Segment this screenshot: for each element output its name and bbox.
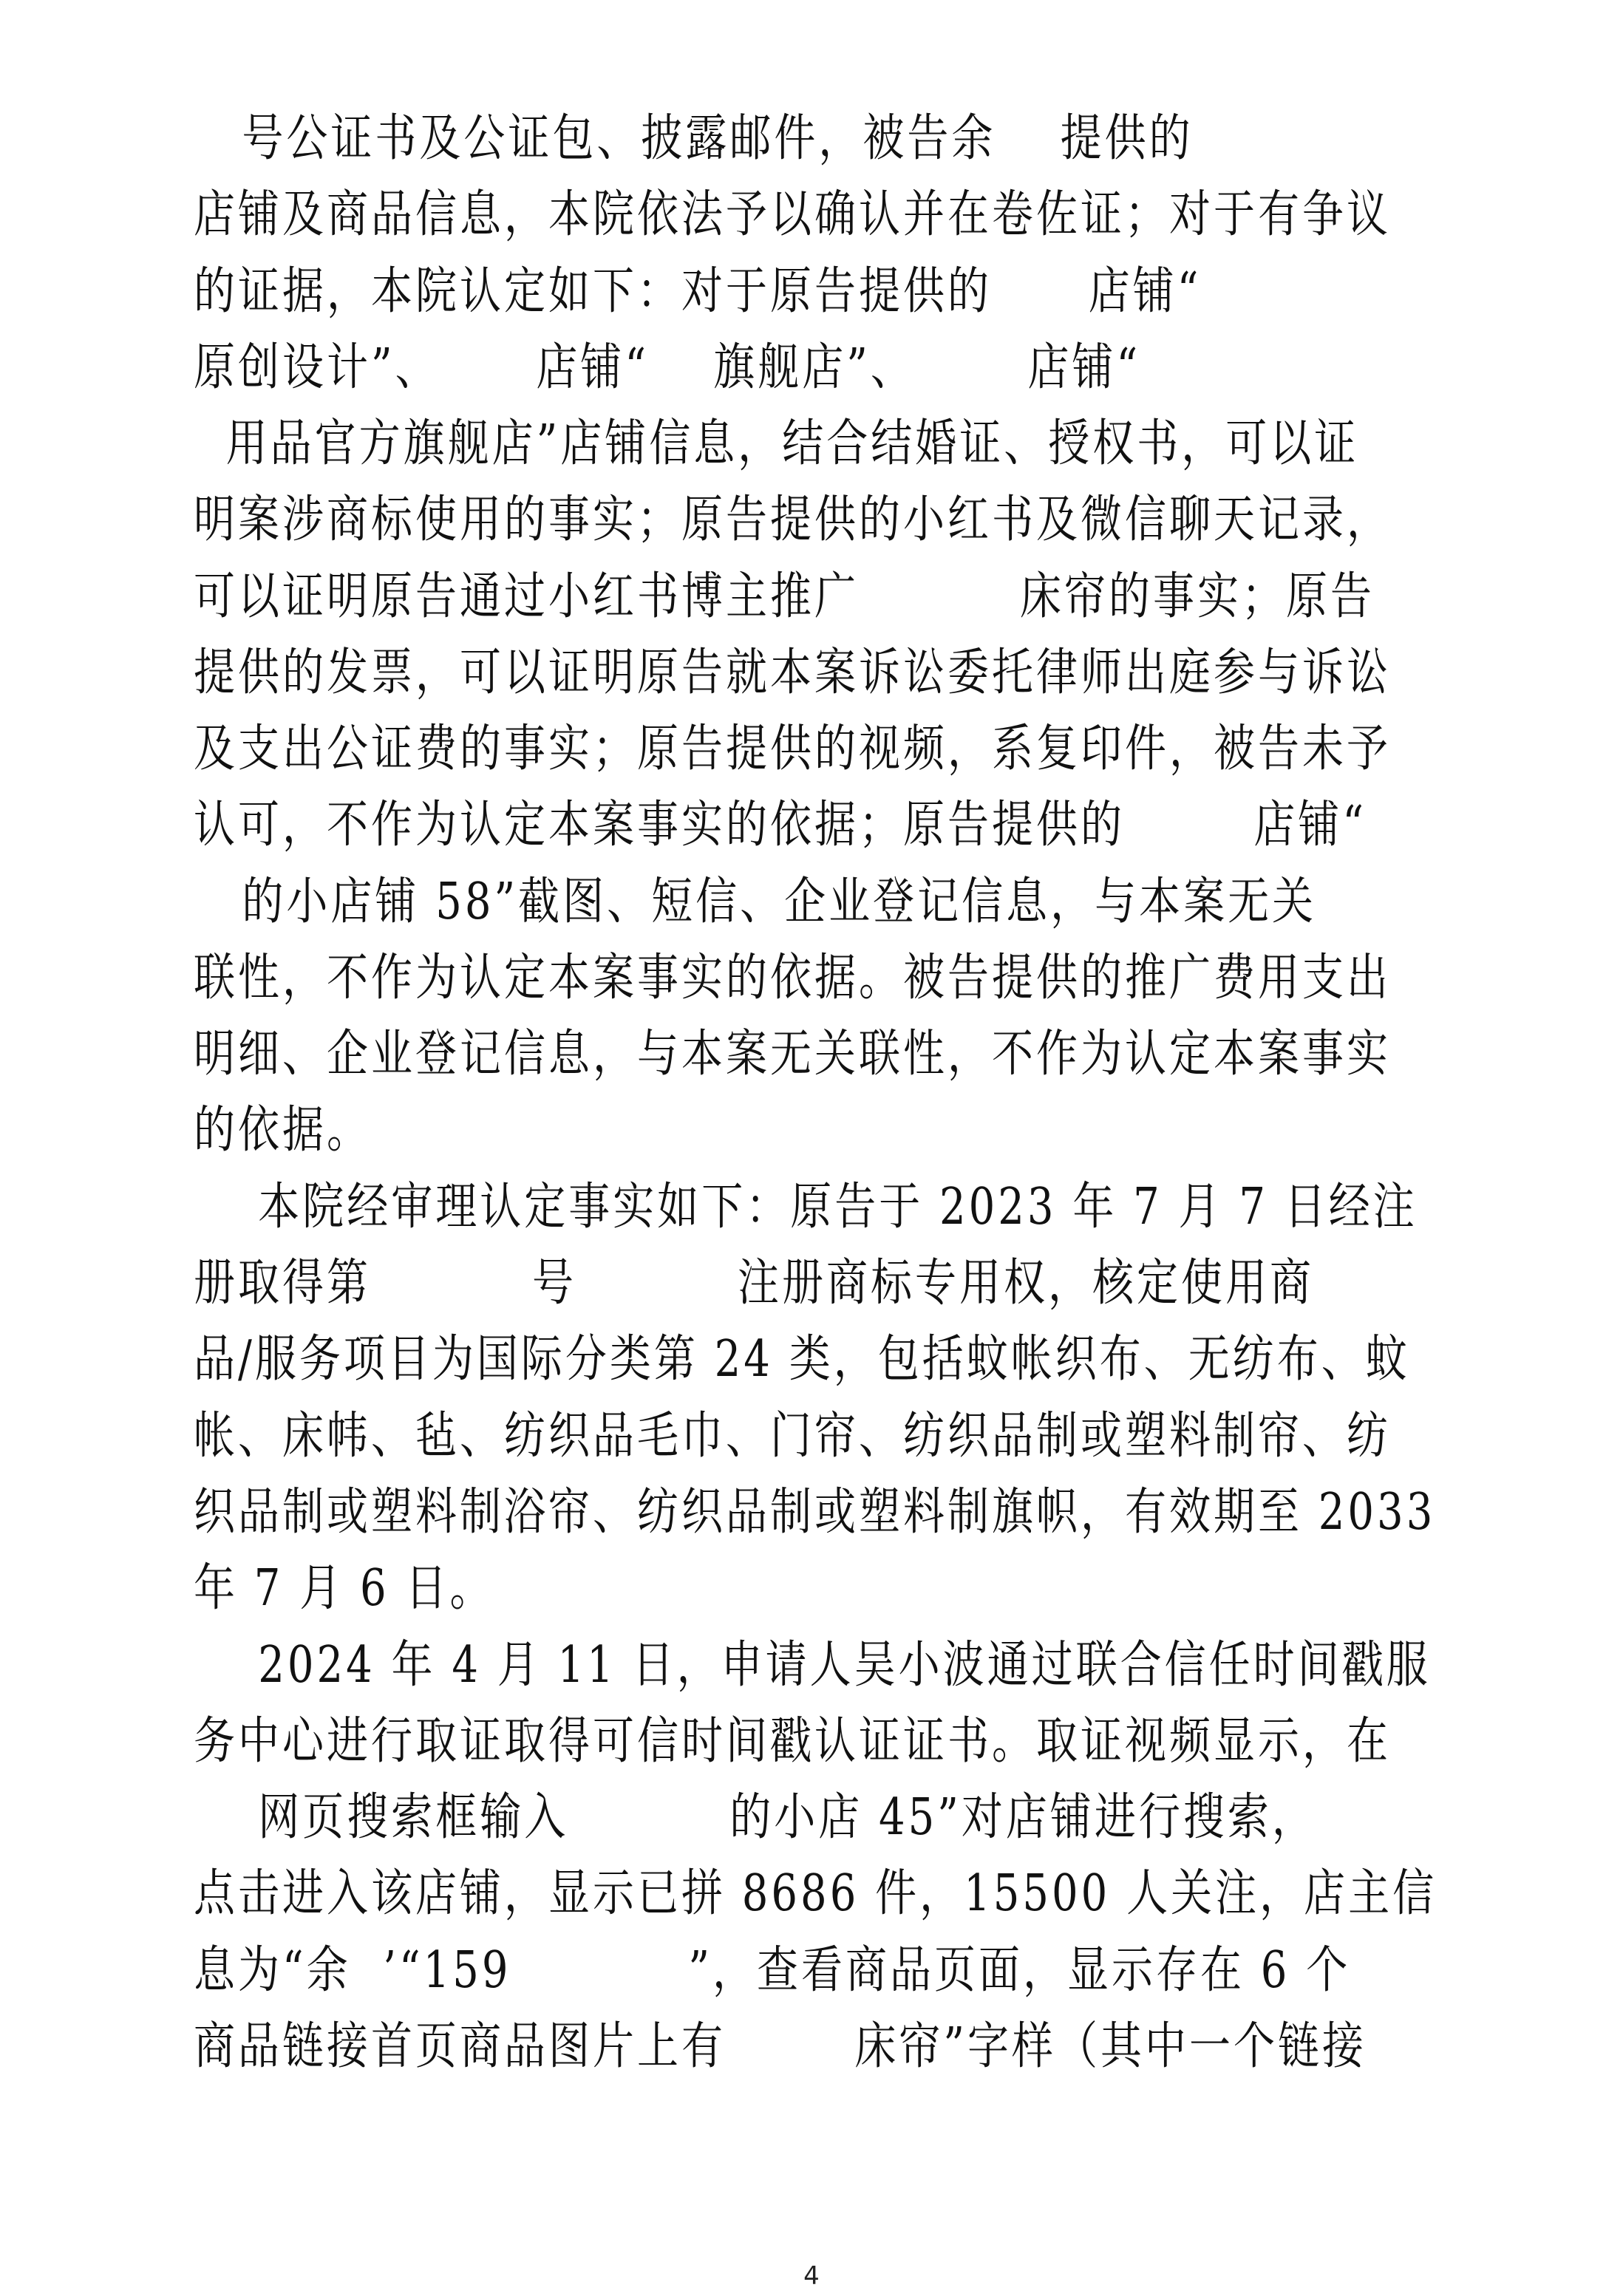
text-line-9: 及支出公证费的事实；原告提供的视频，系复印件，被告未予 [194, 713, 1494, 786]
text-line-16: 册取得第 号 注册商标专用权，核定使用商 [194, 1247, 1494, 1320]
text-line-11: 的小店铺 58”截图、短信、企业登记信息，与本案无关 [194, 866, 1494, 939]
text-line-7: 可以证明原告通过小红书博主推广 床帘的事实；原告 [194, 561, 1494, 633]
document-page: 号公证书及公证包、披露邮件，被告余 提供的 店铺及商品信息，本院依法予以确认并在… [0, 0, 1623, 2296]
text-line-4: 原创设计”、 店铺“ 旗舰店”、 店铺“ [194, 332, 1494, 404]
text-line-2: 店铺及商品信息，本院依法予以确认并在卷佐证；对于有争议 [194, 179, 1494, 251]
text-line-5: 用品官方旗舰店”店铺信息，结合结婚证、授权书，可以证 [194, 408, 1494, 480]
text-line-8: 提供的发票，可以证明原告就本案诉讼委托律师出庭参与诉讼 [194, 637, 1494, 709]
text-line-20: 年 7 月 6 日。 [194, 1553, 1494, 1625]
text-line-22: 务中心进行取证取得可信时间戳认证证书。取证视频显示，在 [194, 1706, 1494, 1778]
text-line-6: 明案涉商标使用的事实；原告提供的小红书及微信聊天记录， [194, 484, 1494, 556]
text-line-17: 品/服务项目为国际分类第 24 类，包括蚊帐织布、无纺布、蚊 [194, 1324, 1494, 1396]
text-line-13: 明细、企业登记信息，与本案无关联性，不作为认定本案事实 [194, 1018, 1494, 1091]
text-line-26: 商品链接首页商品图片上有 床帘”字样（其中一个链接 [194, 2011, 1494, 2083]
text-line-21: 2024 年 4 月 11 日，申请人吴小波通过联合信任时间戳服 [194, 1629, 1494, 1702]
text-line-3: 的证据，本院认定如下：对于原告提供的 店铺“ [194, 256, 1494, 328]
text-line-15: 本院经审理认定事实如下：原告于 2023 年 7 月 7 日经注 [194, 1171, 1494, 1244]
text-line-14: 的依据。 [194, 1094, 1494, 1167]
text-line-12: 联性，不作为认定本案事实的依据。被告提供的推广费用支出 [194, 942, 1494, 1015]
page-number: 4 [0, 2261, 1623, 2291]
text-line-24: 点击进入该店铺，显示已拼 8686 件，15500 人关注，店主信 [194, 1858, 1494, 1930]
text-line-19: 织品制或塑料制浴帘、纺织品制或塑料制旗帜，有效期至 2033 [194, 1476, 1494, 1549]
text-line-25: 息为“余 ’“159 ”，查看商品页面，显示存在 6 个 [194, 1935, 1494, 2007]
text-line-23: 网页搜索框输入 的小店 45”对店铺进行搜索， [194, 1782, 1494, 1854]
text-line-18: 帐、床帏、毡、纺织品毛巾、门帘、纺织品制或塑料制帘、纺 [194, 1400, 1494, 1473]
text-line-10: 认可，不作为认定本案事实的依据；原告提供的 店铺“ [194, 789, 1494, 862]
text-line-1: 号公证书及公证包、披露邮件，被告余 提供的 [194, 103, 1494, 175]
